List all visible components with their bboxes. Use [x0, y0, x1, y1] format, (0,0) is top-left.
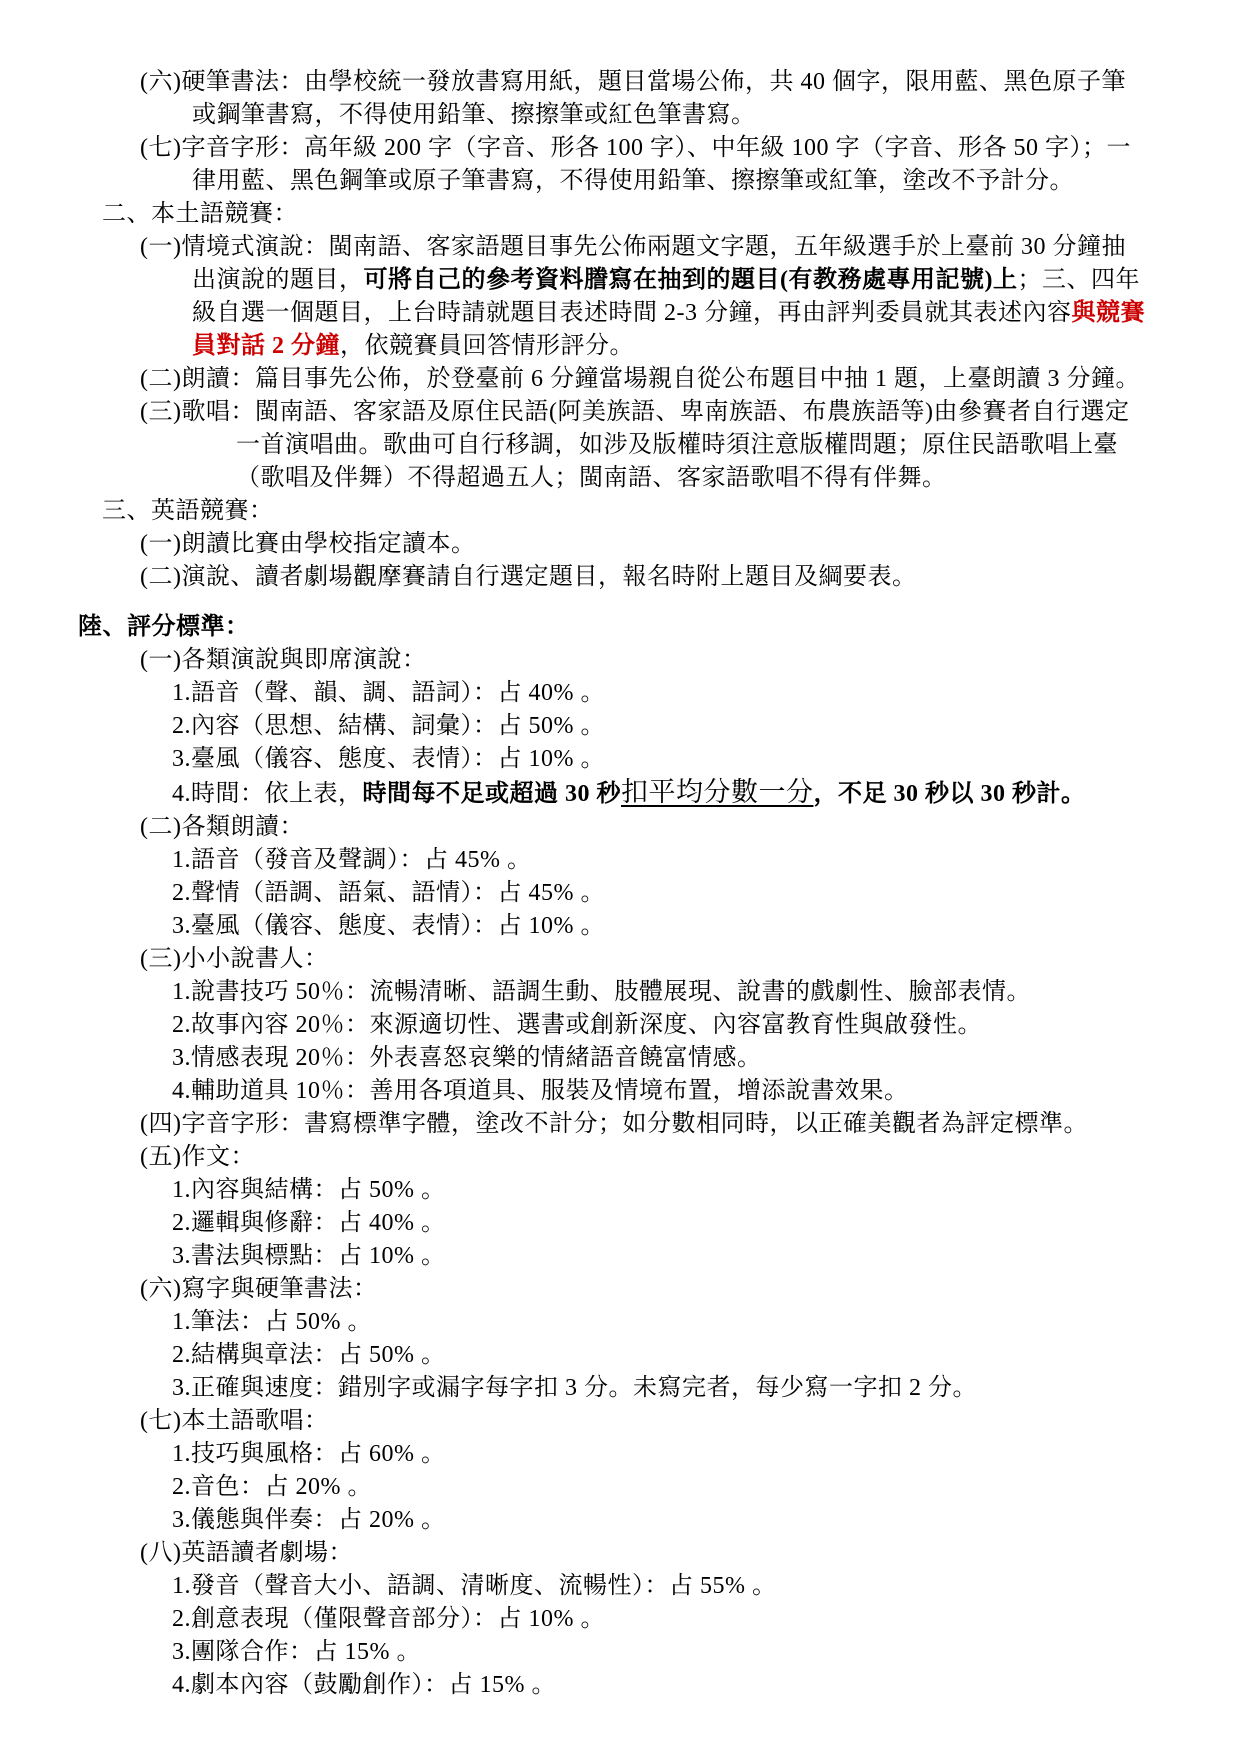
document-page: (六)硬筆書法：由學校統一發放書寫用紙，題目當場公佈，共 40 個字，限用藍、黑…	[0, 0, 1240, 1702]
text-line: 3.儀態與伴奏：占 20% 。	[0, 1504, 1240, 1537]
text-segment: (一)情境式演說：閩南語、客家語題目事先公佈兩題文字題，五年級選手於上臺前 30…	[140, 234, 1126, 260]
text-segment: 3.書法與標點：占 10% 。	[172, 1243, 446, 1269]
text-segment: 1.語音（發音及聲調）：占 45% 。	[172, 847, 532, 873]
text-line: （歌唱及伴舞）不得超過五人；閩南語、客家語歌唱不得有伴舞。	[0, 462, 1240, 495]
text-line: (一)朗讀比賽由學校指定讀本。	[0, 528, 1240, 561]
text-segment: 3.儀態與伴奏：占 20% 。	[172, 1507, 446, 1533]
bold-text: 陸、評分標準：	[78, 614, 250, 640]
text-segment: (六)硬筆書法：由學校統一發放書寫用紙，題目當場公佈，共 40 個字，限用藍、黑…	[140, 69, 1126, 95]
text-line: (一)各類演說與即席演說：	[0, 644, 1240, 677]
text-segment: 2.音色：占 20% 。	[172, 1474, 372, 1500]
text-line: 陸、評分標準：	[0, 611, 1240, 644]
text-line: 3.臺風（儀容、態度、表情）：占 10% 。	[0, 910, 1240, 943]
text-line: 一首演唱曲。歌曲可自行移調，如涉及版權時須注意版權問題；原住民語歌唱上臺	[0, 429, 1240, 462]
text-segment: （歌唱及伴舞）不得超過五人；閩南語、客家語歌唱不得有伴舞。	[236, 465, 947, 491]
text-segment: 1.說書技巧 50％：流暢清晰、語調生動、肢體展現、說書的戲劇性、臉部表情。	[172, 979, 1031, 1005]
text-line: 出演說的題目，可將自己的參考資料謄寫在抽到的題目(有教務處專用記號)上；三、四年	[0, 264, 1240, 297]
text-line: 二、本土語競賽：	[0, 198, 1240, 231]
text-line: 1.發音（聲音大小、語調、清晰度、流暢性）：占 55% 。	[0, 1570, 1240, 1603]
text-segment: (三)小小說書人：	[140, 946, 328, 972]
text-line: 2.聲情（語調、語氣、語情）：占 45% 。	[0, 877, 1240, 910]
text-segment: 3.正確與速度：錯別字或漏字每字扣 3 分。未寫完者，每少寫一字扣 2 分。	[172, 1375, 977, 1401]
text-segment: 2.故事內容 20％：來源適切性、選書或創新深度、內容富教育性與啟發性。	[172, 1012, 982, 1038]
text-line: 3.正確與速度：錯別字或漏字每字扣 3 分。未寫完者，每少寫一字扣 2 分。	[0, 1372, 1240, 1405]
text-segment: (一)各類演說與即席演說：	[140, 647, 426, 673]
text-segment: 2.結構與章法：占 50% 。	[172, 1342, 446, 1368]
text-segment: (八)英語讀者劇場：	[140, 1540, 353, 1566]
text-segment: 1.語音（聲、韻、調、語詞）：占 40% 。	[172, 680, 605, 706]
text-line: 1.語音（聲、韻、調、語詞）：占 40% 。	[0, 677, 1240, 710]
text-segment: 3.臺風（儀容、態度、表情）：占 10% 。	[172, 746, 605, 772]
text-segment: 3.臺風（儀容、態度、表情）：占 10% 。	[172, 913, 605, 939]
text-segment: 1.筆法：占 50% 。	[172, 1309, 372, 1335]
text-line: 1.內容與結構：占 50% 。	[0, 1174, 1240, 1207]
text-line: 3.團隊合作：占 15% 。	[0, 1636, 1240, 1669]
text-line: 2.音色：占 20% 。	[0, 1471, 1240, 1504]
text-line: 1.語音（發音及聲調）：占 45% 。	[0, 844, 1240, 877]
red-emphasis-text: 與競賽	[1072, 300, 1146, 326]
text-line: (七)字音字形：高年級 200 字（字音、形各 100 字）、中年級 100 字…	[0, 132, 1240, 165]
text-line: 4.劇本內容（鼓勵創作）：占 15% 。	[0, 1669, 1240, 1702]
text-line: (三)歌唱：閩南語、客家語及原住民語(阿美族語、卑南族語、布農族語等)由參賽者自…	[0, 396, 1240, 429]
text-segment: 2.內容（思想、結構、詞彙）：占 50% 。	[172, 713, 605, 739]
text-segment: 級自選一個題目，上台時請就題目表述時間 2-3 分鐘，再由評判委員就其表述內容	[192, 300, 1072, 326]
text-segment: 4.時間：依上表，	[172, 781, 363, 807]
text-segment: (二)演說、讀者劇場觀摩賽請自行選定題目，報名時附上題目及綱要表。	[140, 564, 916, 590]
text-line: 2.故事內容 20％：來源適切性、選書或創新深度、內容富教育性與啟發性。	[0, 1009, 1240, 1042]
text-segment: (三)歌唱：閩南語、客家語及原住民語(阿美族語、卑南族語、布農族語等)由參賽者自…	[140, 399, 1129, 425]
text-segment: 出演說的題目，	[192, 267, 364, 293]
text-segment: (一)朗讀比賽由學校指定讀本。	[140, 531, 475, 557]
text-line: (六)寫字與硬筆書法：	[0, 1273, 1240, 1306]
text-line: (二)演說、讀者劇場觀摩賽請自行選定題目，報名時附上題目及綱要表。	[0, 561, 1240, 594]
text-segment: 1.發音（聲音大小、語調、清晰度、流暢性）：占 55% 。	[172, 1573, 777, 1599]
text-line: (八)英語讀者劇場：	[0, 1537, 1240, 1570]
text-segment: (七)字音字形：高年級 200 字（字音、形各 100 字）、中年級 100 字…	[140, 135, 1131, 161]
text-line: 4.時間：依上表，時間每不足或超過 30 秒扣平均分數一分，不足 30 秒以 3…	[0, 776, 1240, 811]
text-segment: 2.聲情（語調、語氣、語情）：占 45% 。	[172, 880, 605, 906]
text-segment: 2.邏輯與修辭：占 40% 。	[172, 1210, 446, 1236]
text-segment: (六)寫字與硬筆書法：	[140, 1276, 377, 1302]
text-line: 1.筆法：占 50% 。	[0, 1306, 1240, 1339]
text-line: 1.說書技巧 50％：流暢清晰、語調生動、肢體展現、說書的戲劇性、臉部表情。	[0, 976, 1240, 1009]
text-segment: ；三、四年	[1017, 267, 1140, 293]
text-line: (二)各類朗讀：	[0, 811, 1240, 844]
text-line: (五)作文：	[0, 1141, 1240, 1174]
underlined-text: 扣平均分數一分	[621, 777, 814, 807]
text-line: 2.結構與章法：占 50% 。	[0, 1339, 1240, 1372]
text-line: (一)情境式演說：閩南語、客家語題目事先公佈兩題文字題，五年級選手於上臺前 30…	[0, 231, 1240, 264]
text-line: (四)字音字形：書寫標準字體，塗改不計分；如分數相同時，以正確美觀者為評定標準。	[0, 1108, 1240, 1141]
text-line: 級自選一個題目，上台時請就題目表述時間 2-3 分鐘，再由評判委員就其表述內容與…	[0, 297, 1240, 330]
text-line: 1.技巧與風格：占 60% 。	[0, 1438, 1240, 1471]
text-segment: 4.輔助道具 10％：善用各項道具、服裝及情境布置，增添說書效果。	[172, 1078, 909, 1104]
text-segment: (五)作文：	[140, 1144, 255, 1170]
text-line: 4.輔助道具 10％：善用各項道具、服裝及情境布置，增添說書效果。	[0, 1075, 1240, 1108]
text-line: 2.邏輯與修辭：占 40% 。	[0, 1207, 1240, 1240]
document-body: (六)硬筆書法：由學校統一發放書寫用紙，題目當場公佈，共 40 個字，限用藍、黑…	[0, 66, 1240, 1702]
text-line: 三、英語競賽：	[0, 495, 1240, 528]
text-line: 律用藍、黑色鋼筆或原子筆書寫，不得使用鉛筆、擦擦筆或紅筆，塗改不予計分。	[0, 165, 1240, 198]
text-segment: 1.技巧與風格：占 60% 。	[172, 1441, 446, 1467]
text-segment: (二)朗讀：篇目事先公佈，於登臺前 6 分鐘當場親自從公布題目中抽 1 題，上臺…	[140, 366, 1140, 392]
text-segment: (二)各類朗讀：	[140, 814, 304, 840]
bold-text: 時間每不足或超過 30 秒	[363, 781, 622, 807]
text-segment: 3.團隊合作：占 15% 。	[172, 1639, 421, 1665]
text-segment: 或鋼筆書寫，不得使用鉛筆、擦擦筆或紅色筆書寫。	[192, 102, 756, 128]
text-segment: ，依競賽員回答情形評分。	[340, 333, 634, 359]
text-segment: 律用藍、黑色鋼筆或原子筆書寫，不得使用鉛筆、擦擦筆或紅筆，塗改不予計分。	[192, 168, 1074, 194]
text-segment: 二、本土語競賽：	[102, 201, 298, 227]
text-line: (三)小小說書人：	[0, 943, 1240, 976]
text-line: (七)本土語歌唱：	[0, 1405, 1240, 1438]
text-line: 或鋼筆書寫，不得使用鉛筆、擦擦筆或紅色筆書寫。	[0, 99, 1240, 132]
text-segment: 三、英語競賽：	[102, 498, 274, 524]
bold-text: 可將自己的參考資料謄寫在抽到的題目(有教務處專用記號)上	[364, 267, 1018, 293]
text-segment: 1.內容與結構：占 50% 。	[172, 1177, 446, 1203]
text-segment: (四)字音字形：書寫標準字體，塗改不計分；如分數相同時，以正確美觀者為評定標準。	[140, 1111, 1088, 1137]
text-segment: 4.劇本內容（鼓勵創作）：占 15% 。	[172, 1672, 556, 1698]
text-line: (二)朗讀：篇目事先公佈，於登臺前 6 分鐘當場親自從公布題目中抽 1 題，上臺…	[0, 363, 1240, 396]
text-segment: 3.情感表現 20％：外表喜怒哀樂的情緒語音饒富情感。	[172, 1045, 762, 1071]
text-line: 2.內容（思想、結構、詞彙）：占 50% 。	[0, 710, 1240, 743]
text-segment: 2.創意表現（僅限聲音部分）：占 10% 。	[172, 1606, 605, 1632]
text-segment: 一首演唱曲。歌曲可自行移調，如涉及版權時須注意版權問題；原住民語歌唱上臺	[236, 432, 1118, 458]
red-emphasis-text: 員對話 2 分鐘	[192, 333, 340, 359]
text-line: 3.臺風（儀容、態度、表情）：占 10% 。	[0, 743, 1240, 776]
text-segment: (七)本土語歌唱：	[140, 1408, 328, 1434]
text-line: 員對話 2 分鐘，依競賽員回答情形評分。	[0, 330, 1240, 363]
text-line: 2.創意表現（僅限聲音部分）：占 10% 。	[0, 1603, 1240, 1636]
text-line: 3.書法與標點：占 10% 。	[0, 1240, 1240, 1273]
text-line: 3.情感表現 20％：外表喜怒哀樂的情緒語音饒富情感。	[0, 1042, 1240, 1075]
text-line: (六)硬筆書法：由學校統一發放書寫用紙，題目當場公佈，共 40 個字，限用藍、黑…	[0, 66, 1240, 99]
bold-text: ，不足 30 秒以 30 秒計。	[814, 781, 1086, 807]
